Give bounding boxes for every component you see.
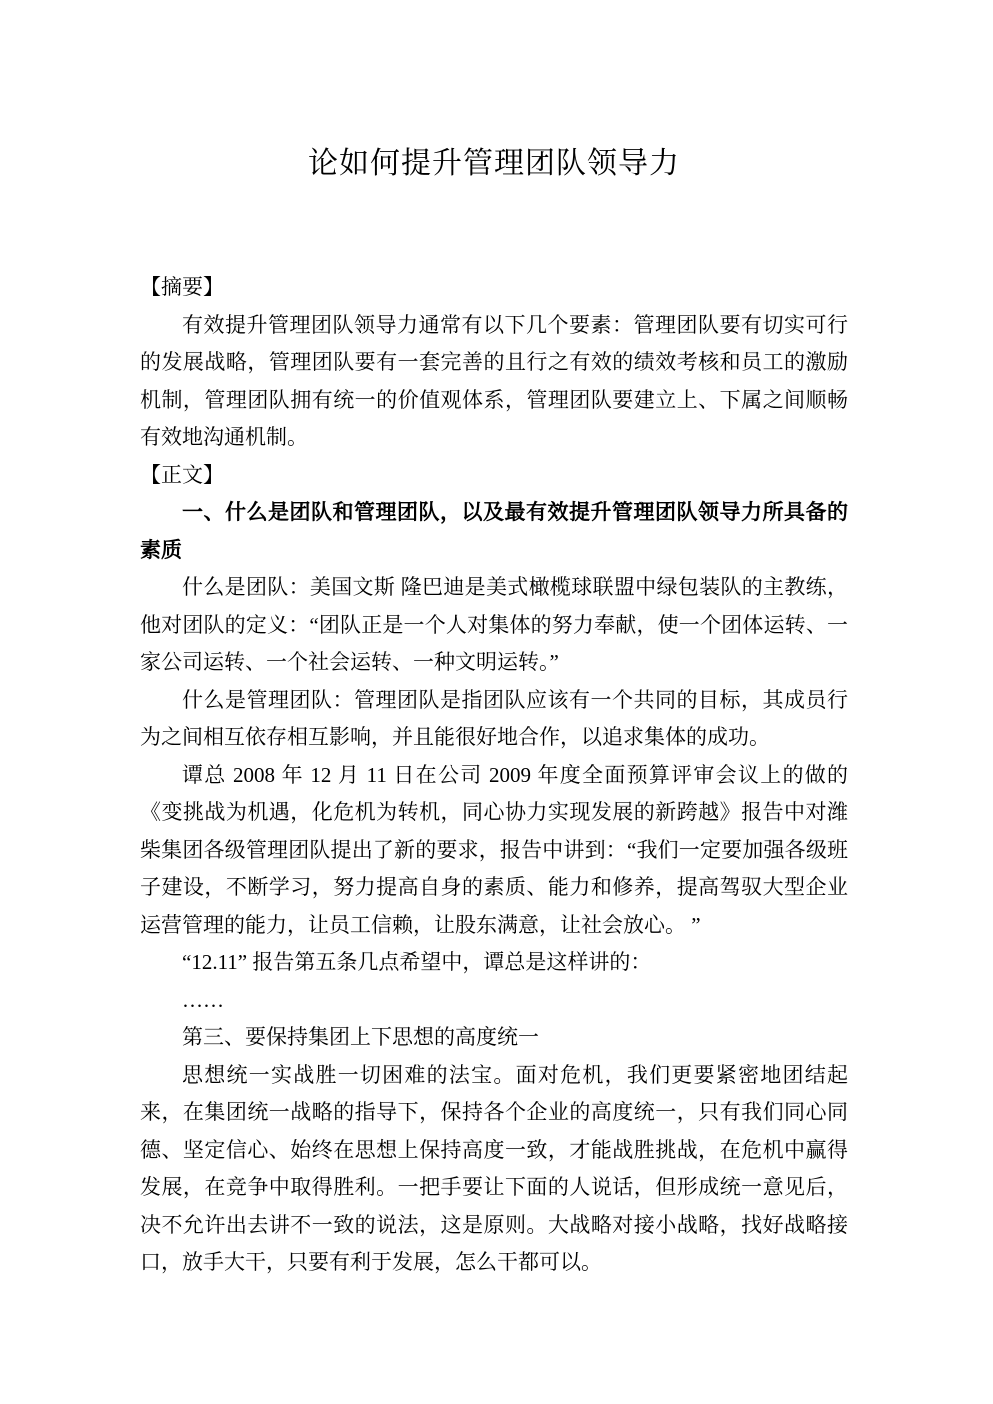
document-title: 论如何提升管理团队领导力 — [140, 143, 848, 185]
body-paragraph: “12.11” 报告第五条几点希望中，谭总是这样讲的： — [140, 944, 848, 982]
body-paragraph: 思想统一实战胜一切困难的法宝。面对危机，我们更要紧密地团结起来，在集团统一战略的… — [140, 1057, 848, 1282]
subsection-heading: 第三、要保持集团上下思想的高度统一 — [140, 1019, 848, 1057]
body-label: 【正文】 — [140, 457, 848, 495]
section-heading: 一、什么是团队和管理团队，以及最有效提升管理团队领导力所具备的素质 — [140, 494, 848, 569]
abstract-label: 【摘要】 — [140, 269, 848, 307]
abstract-paragraph: 有效提升管理团队领导力通常有以下几个要素：管理团队要有切实可行的发展战略，管理团… — [140, 307, 848, 457]
ellipsis-paragraph: …… — [140, 982, 848, 1020]
body-paragraph: 谭总 2008 年 12 月 11 日在公司 2009 年度全面预算评审会议上的… — [140, 757, 848, 945]
body-paragraph: 什么是管理团队：管理团队是指团队应该有一个共同的目标，其成员行为之间相互依存相互… — [140, 682, 848, 757]
document-content: 论如何提升管理团队领导力 【摘要】 有效提升管理团队领导力通常有以下几个要素：管… — [0, 143, 993, 1282]
document-page: 论如何提升管理团队领导力 【摘要】 有效提升管理团队领导力通常有以下几个要素：管… — [0, 0, 993, 1404]
body-paragraph: 什么是团队：美国文斯 隆巴迪是美式橄榄球联盟中绿包装队的主教练，他对团队的定义：… — [140, 569, 848, 682]
